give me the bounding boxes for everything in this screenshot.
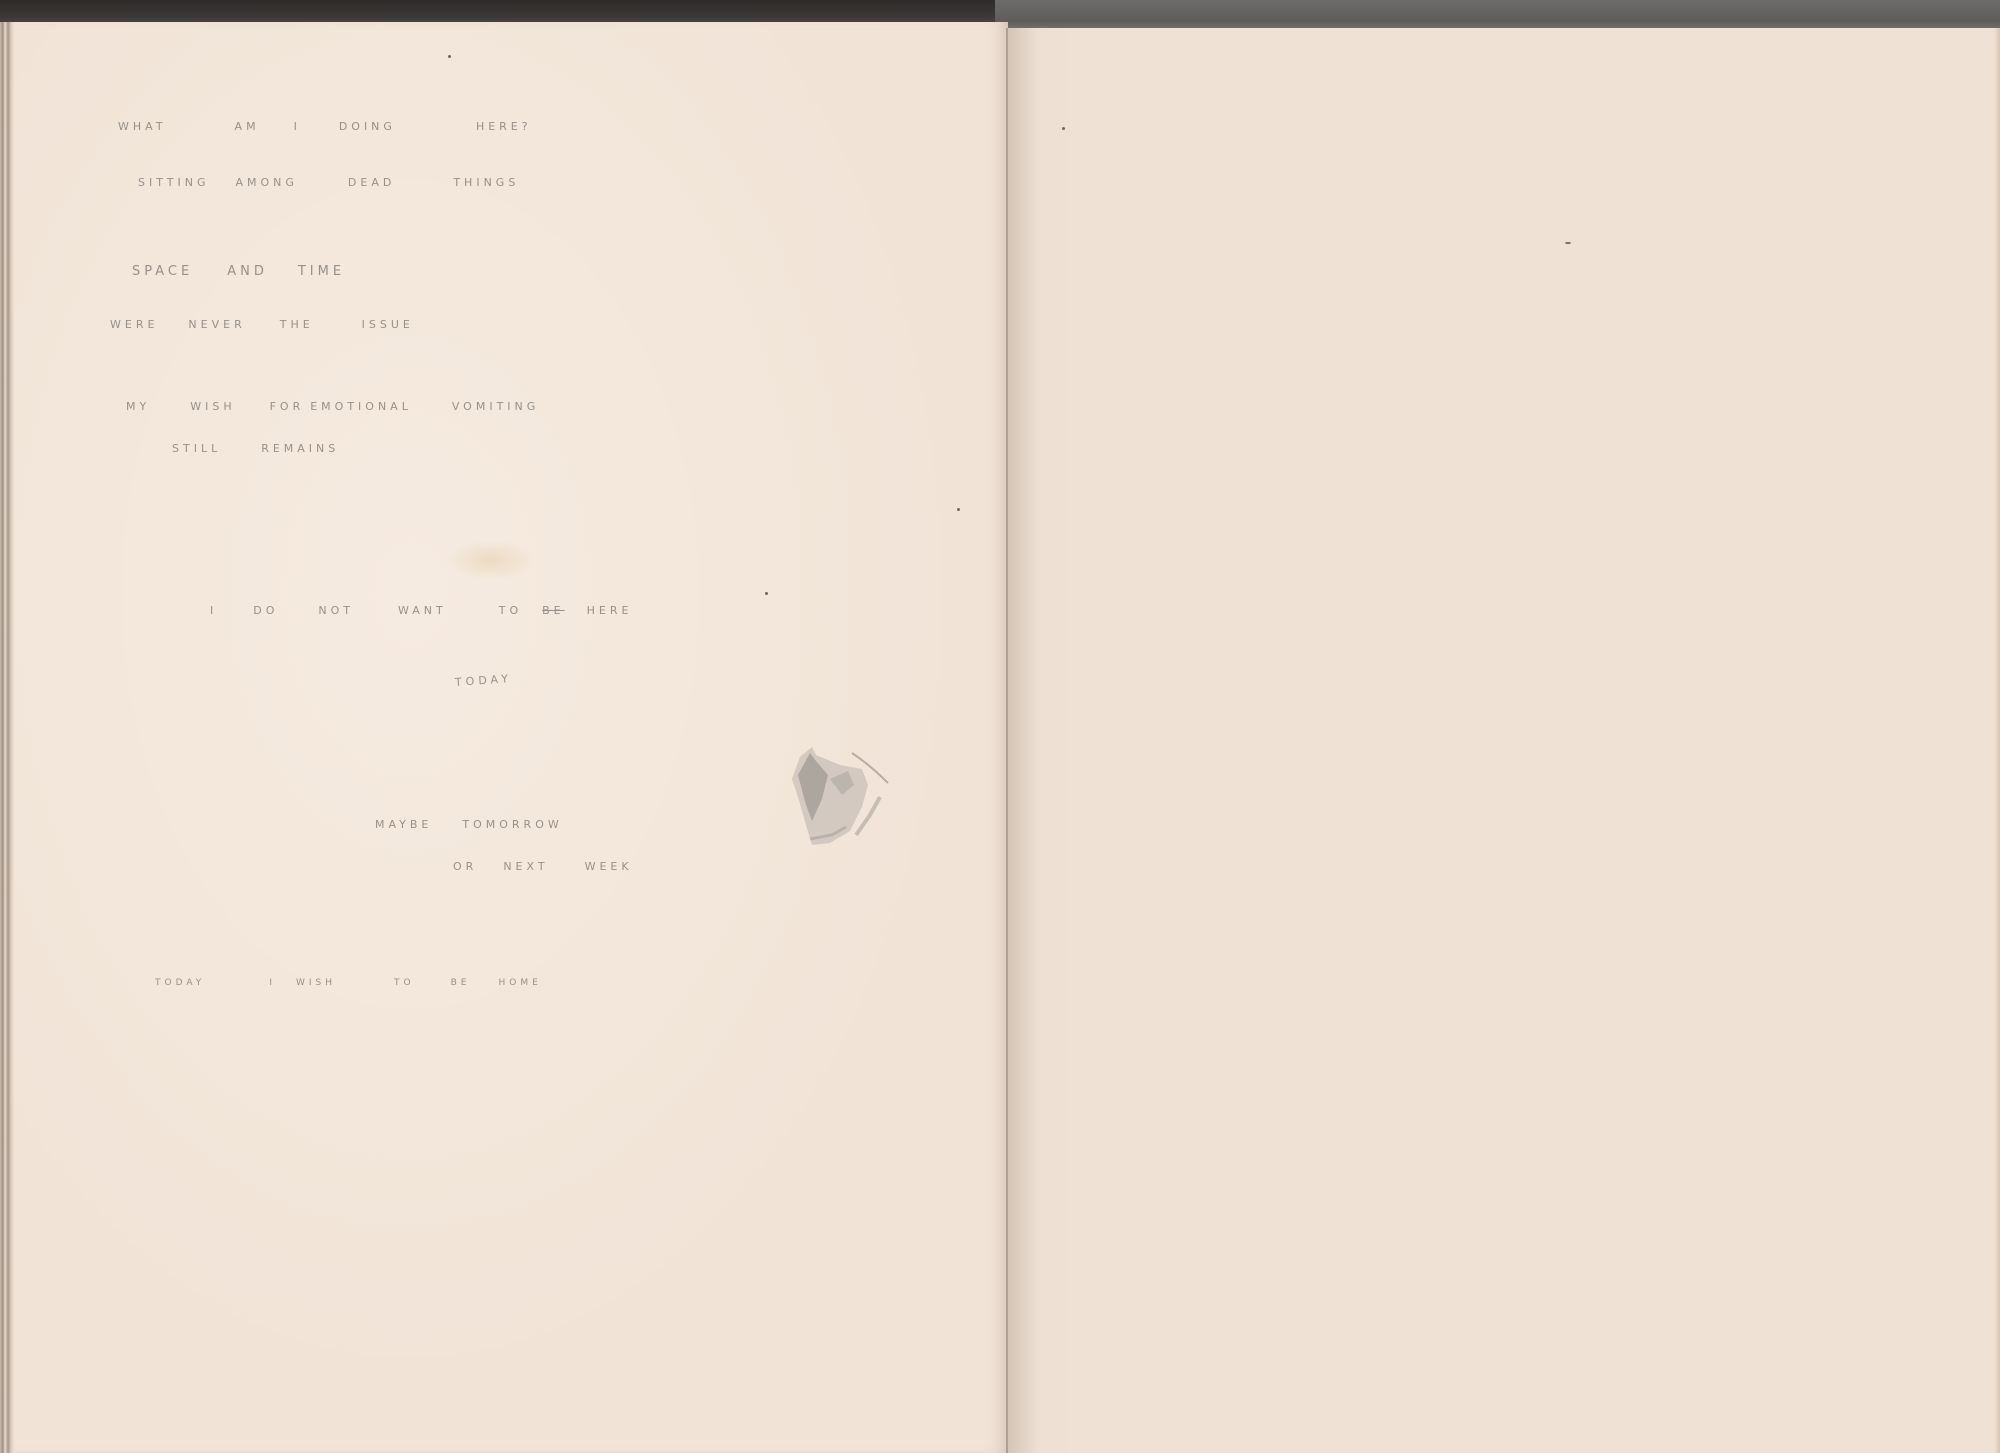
paper-speck — [1062, 127, 1065, 130]
poem-line-4: WERENEVERTHEISSUE — [110, 318, 460, 331]
word: I — [294, 120, 301, 133]
poem-line-3: SPACEANDTIME — [132, 264, 391, 279]
word: FOR — [270, 400, 305, 413]
word: DEAD — [348, 176, 395, 189]
poem-line-7: IDONOTWANTTOBEHERE — [210, 604, 678, 617]
right-page-edge — [1994, 28, 2000, 1453]
poem-line-1: WHATAMIDOINGHERE? — [118, 120, 578, 133]
word: AMONG — [235, 176, 297, 189]
word: SPACE — [132, 264, 193, 279]
word: WHAT — [118, 120, 167, 133]
word: NEXT — [503, 860, 548, 873]
word: WISH — [190, 400, 235, 413]
page-stack-edge — [0, 22, 14, 1453]
word: OR — [453, 860, 477, 873]
word: DO — [253, 604, 278, 617]
poem-line-2: SITTINGAMONGDEADTHINGS — [138, 176, 565, 189]
word: WANT — [398, 604, 447, 617]
paper-speck — [448, 55, 451, 58]
word: MY — [126, 400, 150, 413]
word: WERE — [110, 318, 158, 331]
cover-band-right — [995, 0, 2000, 30]
cover-band-left — [0, 0, 1005, 24]
paper-stain — [445, 540, 535, 580]
word: NOT — [318, 604, 354, 617]
paper-speck — [957, 508, 960, 511]
word: TIME — [298, 264, 345, 279]
book-gutter — [1006, 28, 1008, 1453]
word: THE — [280, 318, 314, 331]
word: HOME — [498, 978, 541, 988]
right-page — [1008, 28, 2000, 1453]
word: TODAY — [155, 978, 205, 988]
word: WISH — [296, 978, 336, 988]
word: BE — [451, 978, 471, 988]
word: EMOTIONAL — [310, 400, 412, 413]
word: REMAINS — [261, 442, 339, 455]
word: SITTING — [138, 176, 209, 189]
word: AND — [227, 264, 268, 279]
word: DOING — [339, 120, 396, 133]
paper-speck — [1565, 242, 1571, 244]
word: AM — [235, 120, 260, 133]
word: HERE — [587, 604, 633, 617]
word: I — [210, 604, 217, 617]
word-crossed: BE — [542, 604, 565, 617]
word: TO — [394, 978, 415, 988]
poem-line-5: MYWISHFOREMOTIONALVOMITING — [126, 400, 585, 413]
word: ISSUE — [362, 318, 414, 331]
word: STILL — [172, 442, 221, 455]
poem-line-11: TODAYIWISHTOBEHOME — [155, 978, 588, 988]
poem-line-6: STILLREMAINS — [172, 442, 385, 455]
poem-line-10: ORNEXTWEEK — [453, 860, 679, 873]
word: THINGS — [453, 176, 519, 189]
word: VOMITING — [452, 400, 539, 413]
word: TO — [499, 604, 522, 617]
word: HERE? — [476, 120, 532, 133]
word: I — [269, 978, 276, 988]
word: TOMORROW — [462, 818, 562, 831]
paper-speck — [765, 592, 768, 595]
word: WEEK — [585, 860, 633, 873]
poem-line-9: MAYBETOMORROW — [375, 818, 609, 831]
word: NEVER — [188, 318, 245, 331]
word: MAYBE — [375, 818, 432, 831]
rock-sketch — [770, 735, 895, 850]
